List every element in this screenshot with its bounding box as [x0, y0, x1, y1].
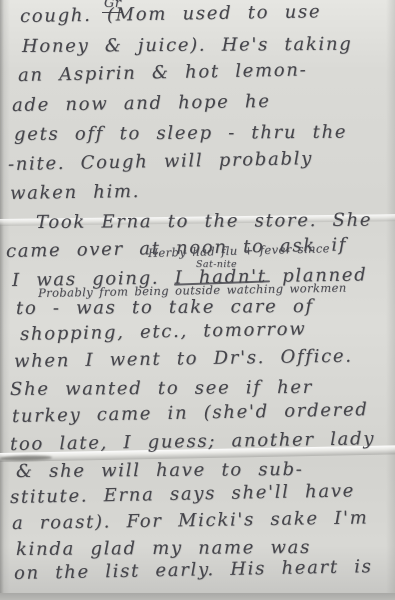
- handwritten-line: & she will have to sub-: [16, 459, 304, 482]
- inserted-superscript-text: Gr: [102, 0, 123, 13]
- handwritten-line: ade now and hope he: [12, 91, 271, 116]
- handwritten-line: too late, I guess; another lady: [10, 428, 375, 455]
- interline-note-sat-nite: Sat-nite: [196, 259, 237, 270]
- handwritten-line: when I went to Dr's. Office.: [14, 346, 353, 372]
- handwritten-line: shopping, etc., tomorrow: [20, 319, 307, 345]
- scanner-background-edge: [0, 593, 395, 600]
- handwritten-line: gets off to sleep - thru the: [14, 122, 347, 145]
- handwritten-line: cough. (Mom used to use: [20, 1, 322, 27]
- handwritten-line: -nite. Cough will probably: [8, 148, 313, 175]
- handwritten-line: stitute. Erna says she'll have: [10, 480, 355, 508]
- handwritten-line: waken him.: [10, 181, 140, 204]
- handwritten-line: kinda glad my name was: [16, 537, 311, 560]
- handwritten-line: turkey came in (she'd ordered: [12, 399, 369, 427]
- handwritten-line: on the list early. His heart is: [14, 556, 373, 584]
- handwritten-line: a roast). For Micki's sake I'm: [12, 507, 369, 534]
- handwritten-line: She wanted to see if her: [10, 377, 313, 400]
- scanned-letter-page: cough. (Mom used to use Honey & juice). …: [0, 0, 395, 600]
- handwritten-line: Honey & juice). He's taking: [22, 34, 353, 57]
- paper-sheet: cough. (Mom used to use Honey & juice). …: [0, 0, 395, 593]
- handwritten-line: an Aspirin & hot lemon-: [18, 59, 308, 86]
- handwritten-line: Took Erna to the store. She: [36, 210, 372, 233]
